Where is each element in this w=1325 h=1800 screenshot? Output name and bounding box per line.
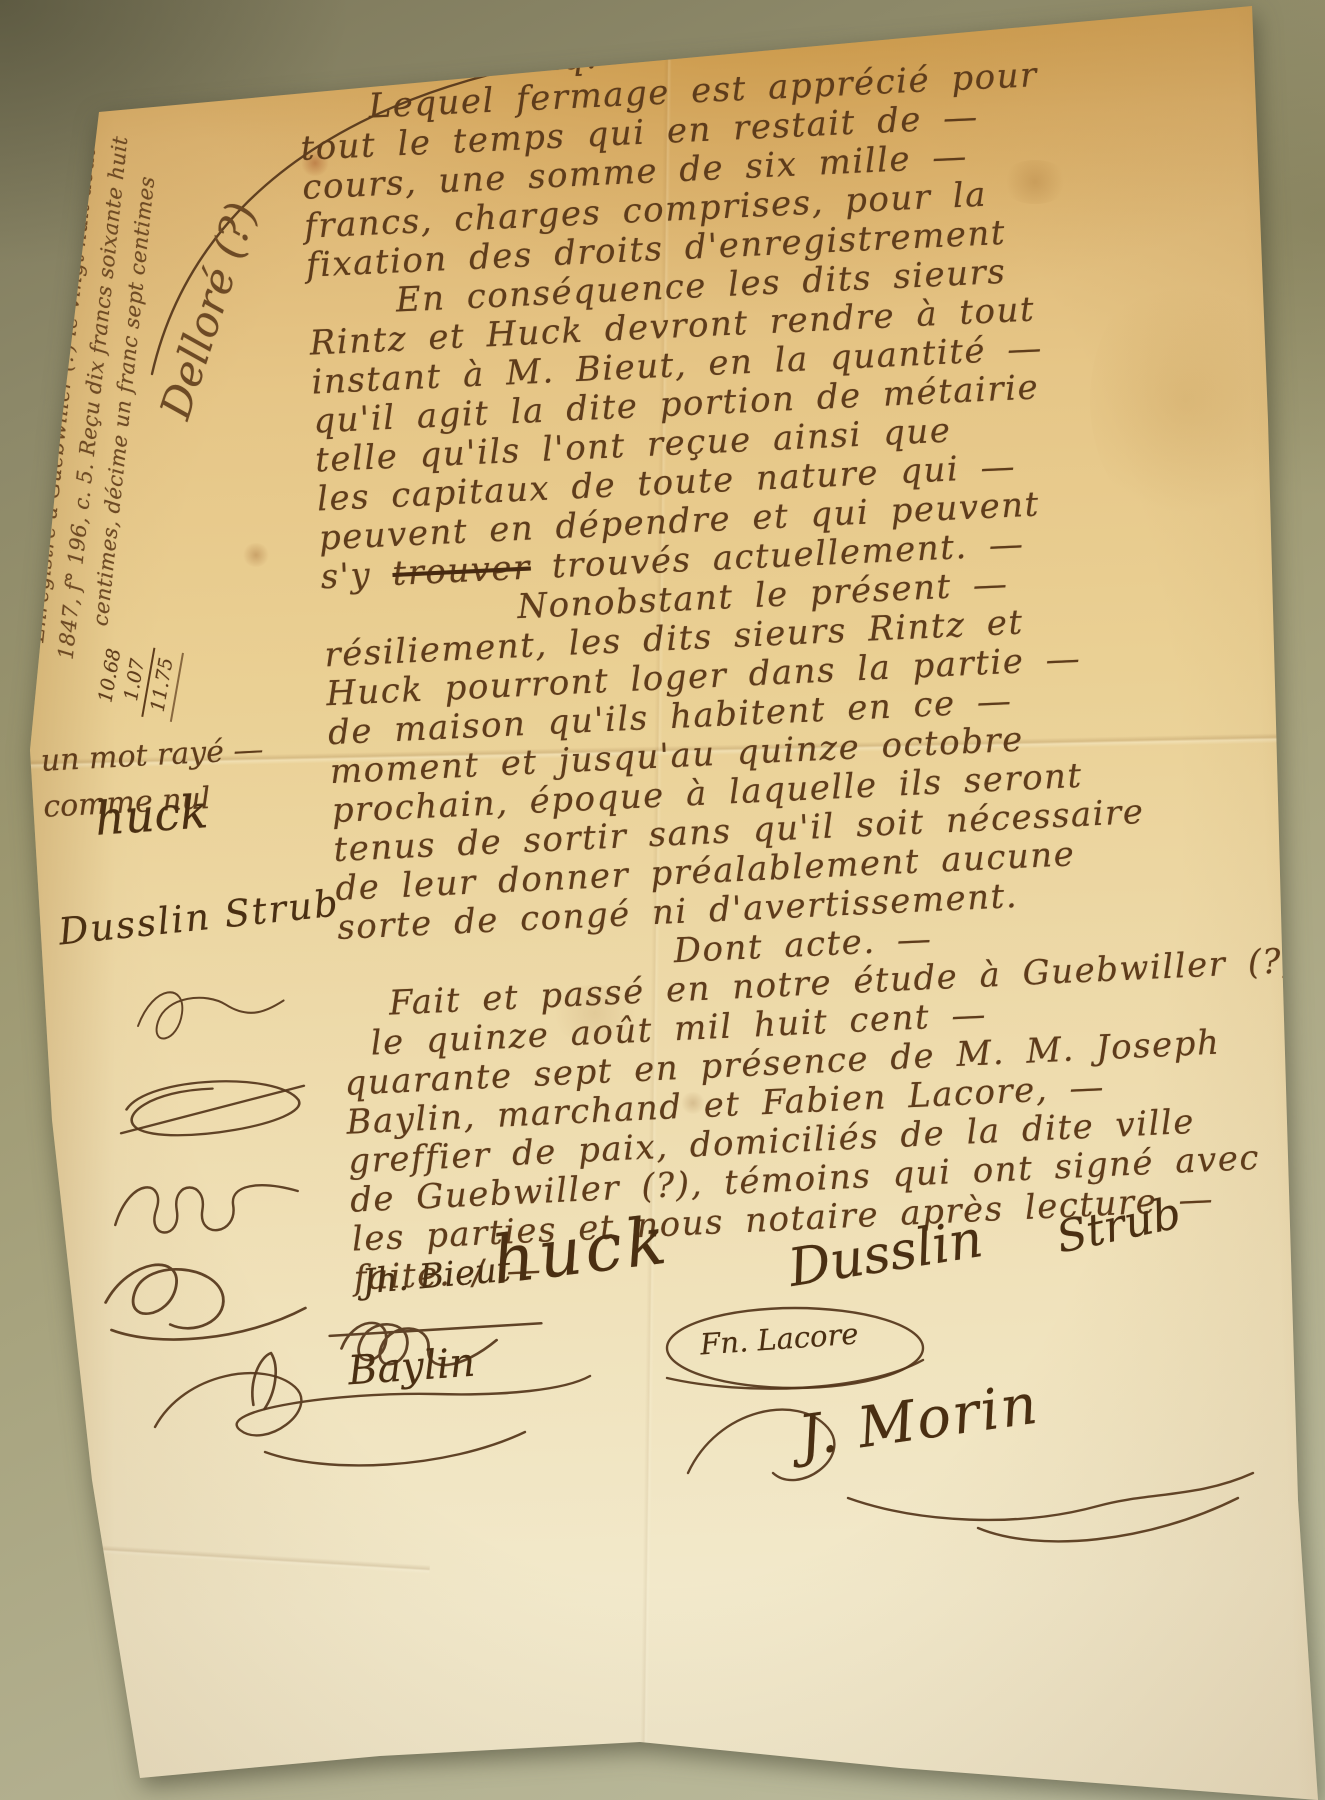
photo-of-manuscript: quarante cinq. — Lequel fermage est appr…	[0, 0, 1325, 1800]
paper-shadow-wrap: quarante cinq. — Lequel fermage est appr…	[0, 0, 1325, 1800]
document-page: quarante cinq. — Lequel fermage est appr…	[0, 0, 1325, 1800]
paper-vignette	[0, 0, 1325, 1800]
